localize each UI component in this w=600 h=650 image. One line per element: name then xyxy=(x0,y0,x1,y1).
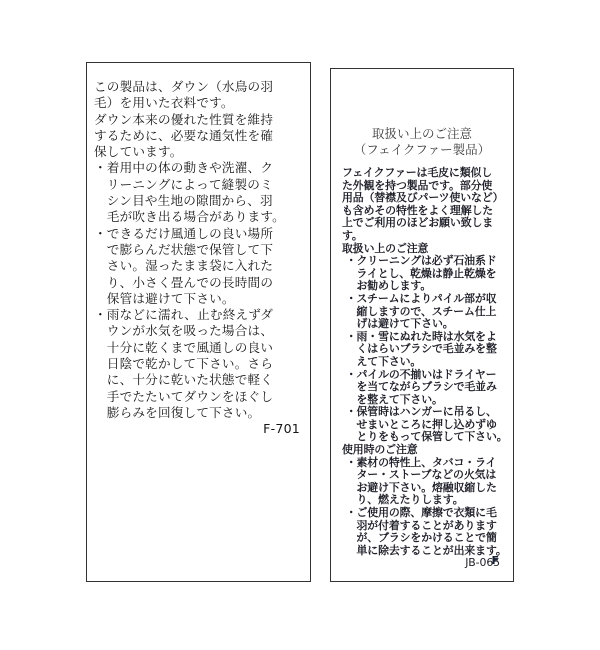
text-line: ・保管時はハンガーに吊るし、 xyxy=(342,406,512,419)
product-code: F-701 xyxy=(94,421,310,437)
title-line-2: （フェイクファー製品） xyxy=(331,142,513,158)
text-line: ウンが水気を吸った場合は、 xyxy=(94,323,310,339)
faux-fur-care-text: フェイクファーは毛皮に類似した外観を持つ製品です。部分使用品（替襟及びパーツ使い… xyxy=(342,167,512,570)
down-care-label: この製品は、ダウン（水鳥の羽毛）を用いた衣料です。ダウン本来の優れた性質を維持す… xyxy=(86,62,311,582)
text-line: えて下さい。 xyxy=(342,356,512,369)
text-line: 手でたたいてダウンをほぐし xyxy=(94,389,310,405)
text-line: シン目や生地の隙間から、羽 xyxy=(94,193,310,209)
product-code: JB-065 xyxy=(342,557,512,570)
faux-fur-care-title: 取扱い上のご注意 （フェイクファー製品） xyxy=(331,126,513,158)
text-line: す。 xyxy=(342,230,512,243)
text-line: ・クリーニングは必ず石油系ド xyxy=(342,255,512,268)
title-line-1: 取扱い上のご注意 xyxy=(331,126,513,142)
text-line: ダウン本来の優れた性質を維持 xyxy=(94,112,310,128)
text-line: 膨らみを回復して下さい。 xyxy=(94,405,310,421)
text-line: 日陰で乾かして下さい。さら xyxy=(94,356,310,372)
text-line: 使用時のご注意 xyxy=(342,444,512,457)
text-line: 毛）を用いた衣料です。 xyxy=(94,95,310,111)
down-care-text: この製品は、ダウン（水鳥の羽毛）を用いた衣料です。ダウン本来の優れた性質を維持す… xyxy=(94,79,310,438)
text-line: ター・ストーブなどの火気は xyxy=(342,469,512,482)
text-line: ・スチームによりパイル部が収 xyxy=(342,293,512,306)
label-mark: F xyxy=(491,554,499,567)
text-line: この製品は、ダウン（水鳥の羽 xyxy=(94,79,310,95)
text-line: ・着用中の体の動きや洗濯、ク xyxy=(94,160,310,176)
text-line: げは避けて下さい。 xyxy=(342,318,512,331)
text-line: 用品（替襟及びパーツ使いなど） xyxy=(342,192,512,205)
text-line: が、ブラシをかけることで簡 xyxy=(342,532,512,545)
text-line: ・ご使用の際、摩擦で衣類に毛 xyxy=(342,507,512,520)
text-line: で膨らんだ状態で保管して下 xyxy=(94,242,310,258)
text-line: ・できるだけ風通しの良い場所 xyxy=(94,226,310,242)
text-line: 保しています。 xyxy=(94,144,310,160)
text-line: するために、必要な通気性を確 xyxy=(94,128,310,144)
text-line: ・雨などに濡れ、止む終えずダ xyxy=(94,307,310,323)
text-line: り、小さく畳んでの長時間の xyxy=(94,275,310,291)
text-line: さい。湿ったまま袋に入れた xyxy=(94,258,310,274)
faux-fur-care-label: 取扱い上のご注意 （フェイクファー製品） フェイクファーは毛皮に類似した外観を持… xyxy=(330,68,514,582)
text-line: フェイクファーは毛皮に類似し xyxy=(342,167,512,180)
text-line: に、十分に乾いた状態で軽く xyxy=(94,372,310,388)
text-line: 毛が吹き出る場合があります。 xyxy=(94,209,310,225)
text-line: リーニングによって縫製のミ xyxy=(94,177,310,193)
text-line: 上でご利用のほどお願い致しま xyxy=(342,217,512,230)
text-line: 十分に乾くまで風通しの良い xyxy=(94,340,310,356)
text-line: を当てながらブラシで毛並み xyxy=(342,381,512,394)
text-line: 保管は避けて下さい。 xyxy=(94,291,310,307)
